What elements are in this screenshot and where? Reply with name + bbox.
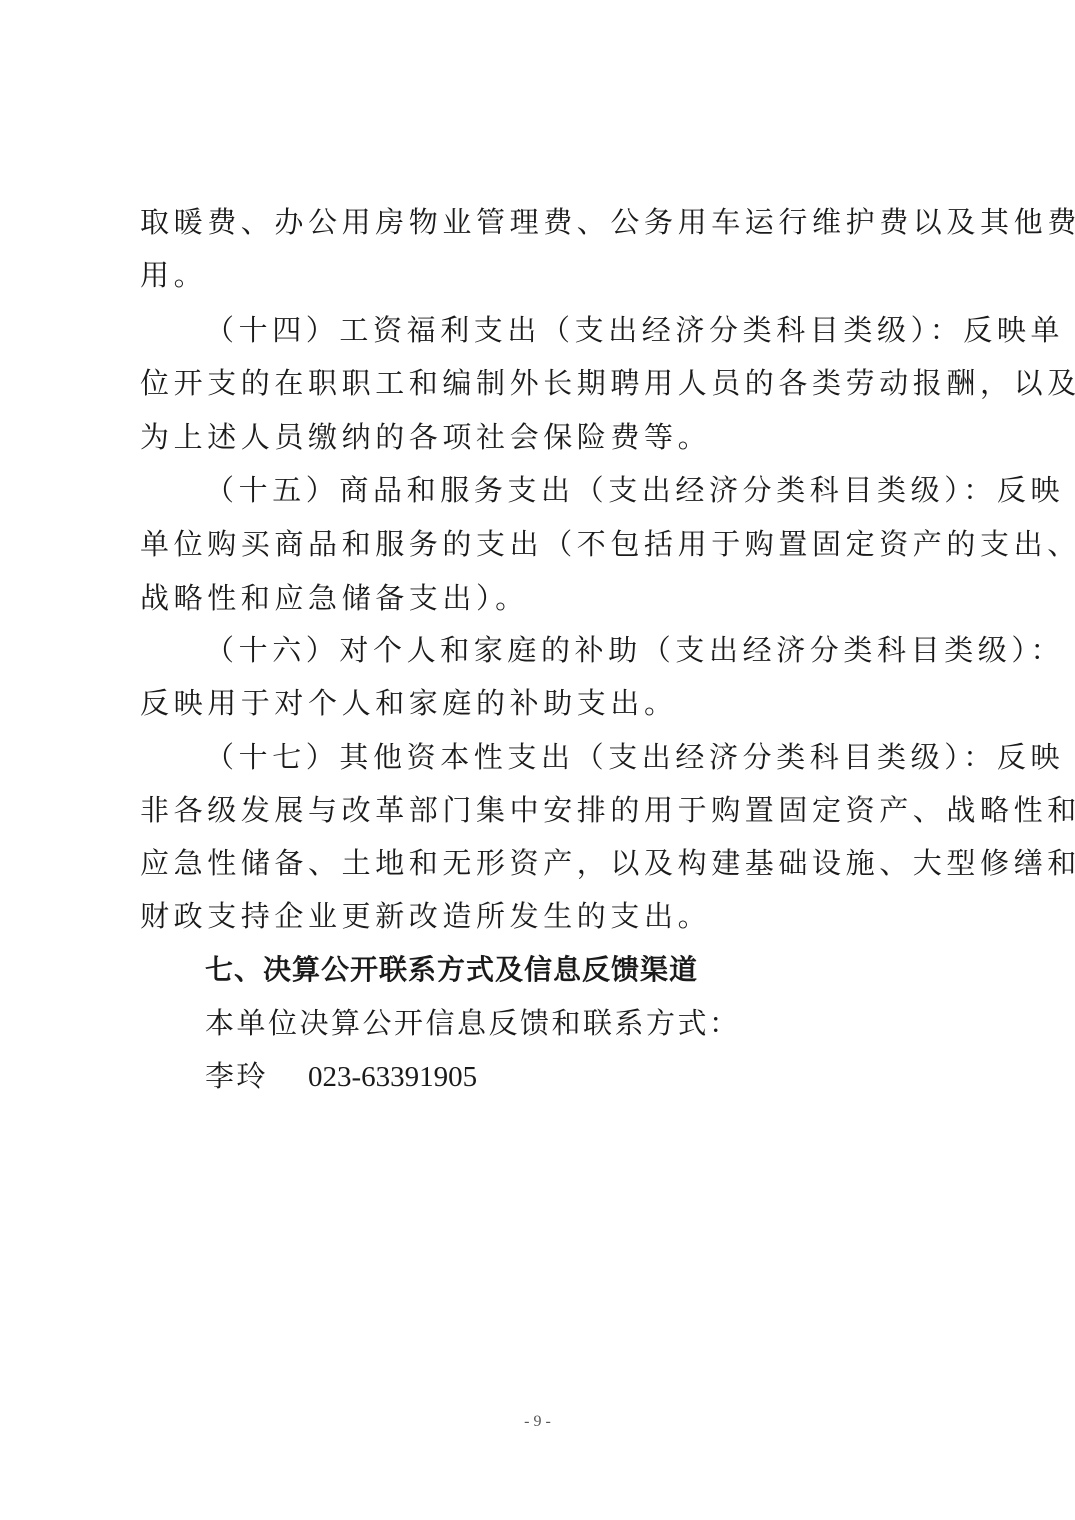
paragraph-line: （十六）对个人和家庭的补助（支出经济分类科目类级）：	[205, 633, 1064, 667]
paragraph-line: 财政支持企业更新改造所发生的支出。	[140, 899, 711, 933]
contact-intro: 本单位决算公开信息反馈和联系方式：	[205, 1006, 741, 1040]
page-number: - 9 -	[0, 1413, 1075, 1431]
paragraph-line: （十五）商品和服务支出（支出经济分类科目类级）：反映	[205, 473, 1064, 507]
paragraph-line: 单位购买商品和服务的支出（不包括用于购置固定资产的支出、	[140, 527, 1075, 561]
contact-name: 李玲	[205, 1059, 268, 1093]
contact-line: 李玲023-63391905	[205, 1059, 477, 1094]
paragraph-line: 应急性储备、土地和无形资产，以及构建基础设施、大型修缮和	[140, 846, 1075, 880]
paragraph-line: 用。	[140, 258, 207, 292]
paragraph-line: 非各级发展与改革部门集中安排的用于购置固定资产、战略性和	[140, 793, 1075, 827]
paragraph-line: 位开支的在职职工和编制外长期聘用人员的各类劳动报酬，以及	[140, 366, 1075, 400]
paragraph-line: 战略性和应急储备支出）。	[140, 581, 529, 615]
paragraph-line: （十四）工资福利支出（支出经济分类科目类级）：反映单	[205, 313, 1064, 347]
paragraph-line: （十七）其他资本性支出（支出经济分类科目类级）：反映	[205, 740, 1064, 774]
contact-phone: 023-63391905	[308, 1061, 477, 1093]
paragraph-line: 为上述人员缴纳的各项社会保险费等。	[140, 420, 711, 454]
section-heading: 七、决算公开联系方式及信息反馈渠道	[205, 953, 698, 987]
paragraph-line: 反映用于对个人和家庭的补助支出。	[140, 686, 678, 720]
paragraph-line: 取暖费、办公用房物业管理费、公务用车运行维护费以及其他费	[140, 205, 1075, 239]
